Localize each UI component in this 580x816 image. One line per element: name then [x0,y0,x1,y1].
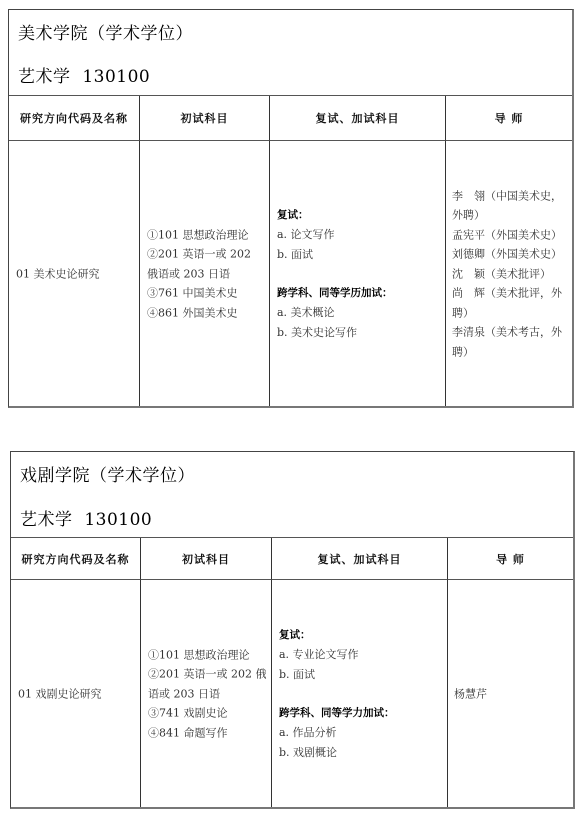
table-header-row: 研究方向代码及名称 初试科目 复试、加试科目 导 师 [11,538,573,580]
advisor-cell: 杨慧芹 [448,580,573,807]
advisor-line: 李清泉（美术考古，外 [452,322,568,342]
retest-item: b. 面试 [277,244,441,264]
advisor-line: 尚 辉（美术批评，外 [452,283,568,303]
table-row: 01 戏剧史论研究 ①101 思想政治理论 ②201 英语一或 202 俄 语或… [11,580,573,807]
exam-subject: ①101 思想政治理论 [148,645,267,665]
advisor-line: 聘） [452,303,568,323]
advisor-line: 李 翎（中国美术史， [452,186,568,206]
extra-exam-item: a. 作品分析 [279,723,443,743]
exam-subject: 语或 203 日语 [148,684,267,704]
retest-label: 复试： [279,625,443,645]
major-title: 艺术学 130100 [18,62,150,87]
header-advisor: 导 师 [446,96,572,141]
program-table-drama: 戏剧学院（学术学位） 艺术学 130100 研究方向代码及名称 初试科目 复试、… [10,451,575,809]
retest-cell: 复试： a. 论文写作 b. 面试 跨学科、同等学历加试： a. 美术概论 b.… [270,141,446,406]
extra-exam-item: a. 美术概论 [277,303,441,323]
school-title: 戏剧学院（学术学位） [20,461,195,486]
advisor-line: 外聘） [452,205,568,225]
advisor-line: 沈 颖（美术批评） [452,264,568,284]
extra-exam-label: 跨学科、同等学力加试： [279,703,443,723]
exam-subject: ④861 外国美术史 [147,303,265,323]
table-title-area: 美术学院（学术学位） 艺术学 130100 [9,10,572,96]
initial-exam-cell: ①101 思想政治理论 ②201 英语一或 202 俄 语或 203 日语 ③7… [141,580,272,807]
table-header-row: 研究方向代码及名称 初试科目 复试、加试科目 导 师 [9,96,572,141]
header-direction: 研究方向代码及名称 [9,96,140,141]
retest-item: a. 专业论文写作 [279,645,443,665]
exam-subject: ③761 中国美术史 [147,283,265,303]
header-retest: 复试、加试科目 [270,96,446,141]
table-row: 01 美术史论研究 ①101 思想政治理论 ②201 英语一或 202 俄语或 … [9,141,572,406]
extra-exam-label: 跨学科、同等学历加试： [277,283,441,303]
advisor-line: 杨慧芹 [454,684,569,704]
exam-subject: 俄语或 203 日语 [147,264,265,284]
advisor-line: 聘） [452,342,568,362]
exam-subject: ②201 英语一或 202 [147,244,265,264]
major-code: 130100 [84,510,152,530]
major-title: 艺术学 130100 [20,505,152,530]
advisor-cell: 李 翎（中国美术史， 外聘） 孟宪平（外国美术史） 刘德卿（外国美术史） 沈 颖… [446,141,572,406]
initial-exam-cell: ①101 思想政治理论 ②201 英语一或 202 俄语或 203 日语 ③76… [140,141,270,406]
major-name: 艺术学 [20,510,73,530]
direction-name: 01 美术史论研究 [16,264,135,284]
retest-label: 复试： [277,205,441,225]
exam-subject: ④841 命题写作 [148,723,267,743]
major-name: 艺术学 [18,67,71,87]
header-initial-exam: 初试科目 [141,538,272,580]
exam-subject: ①101 思想政治理论 [147,225,265,245]
retest-item: a. 论文写作 [277,225,441,245]
advisor-line: 刘德卿（外国美术史） [452,244,568,264]
extra-exam-item: b. 戏剧概论 [279,742,443,762]
exam-subject: ③741 戏剧史论 [148,703,267,723]
table-title-area: 戏剧学院（学术学位） 艺术学 130100 [11,452,573,538]
header-retest: 复试、加试科目 [272,538,448,580]
school-title: 美术学院（学术学位） [18,19,193,44]
retest-item: b. 面试 [279,664,443,684]
direction-name: 01 戏剧史论研究 [18,684,136,704]
direction-cell: 01 戏剧史论研究 [11,580,141,807]
program-table-fine-arts: 美术学院（学术学位） 艺术学 130100 研究方向代码及名称 初试科目 复试、… [8,9,574,408]
extra-exam-item: b. 美术史论写作 [277,322,441,342]
retest-cell: 复试： a. 专业论文写作 b. 面试 跨学科、同等学力加试： a. 作品分析 … [272,580,448,807]
header-advisor: 导 师 [448,538,573,580]
direction-cell: 01 美术史论研究 [9,141,140,406]
header-initial-exam: 初试科目 [140,96,270,141]
major-code: 130100 [82,67,150,87]
header-direction: 研究方向代码及名称 [11,538,141,580]
exam-subject: ②201 英语一或 202 俄 [148,664,267,684]
advisor-line: 孟宪平（外国美术史） [452,225,568,245]
